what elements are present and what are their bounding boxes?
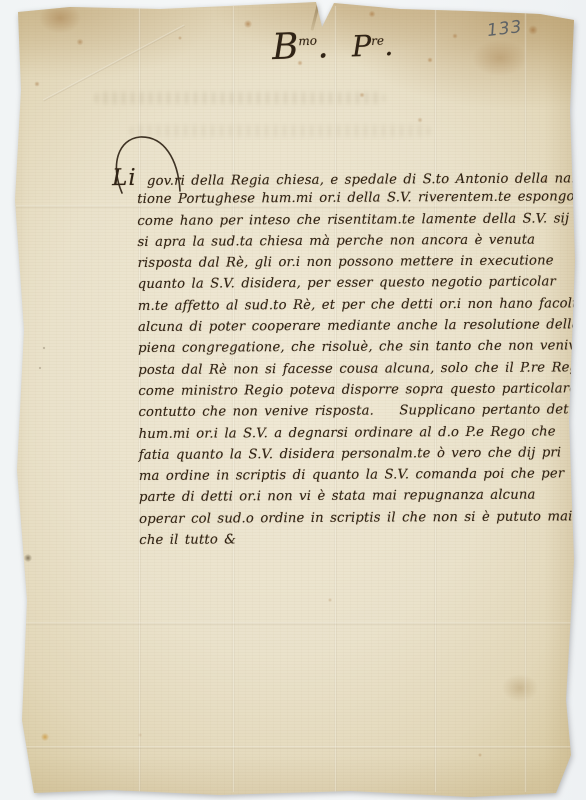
manuscript-line: ma ordine in scriptis di quanto la S.V. …: [139, 463, 586, 487]
corner-crease: [43, 25, 185, 102]
manuscript-line: che il tutto &: [139, 527, 586, 551]
fold-crease-horizontal: [16, 746, 574, 749]
manuscript-page-wrapper: Bmo. Pre. 133 Li gov.ri della Regia chie…: [0, 0, 586, 800]
manuscript-line: Li gov.ri della Regia chiesa, e spedale …: [137, 165, 586, 189]
manuscript-line: piena congregatione, che risoluè, che si…: [138, 335, 586, 359]
opening-initial: Li: [112, 165, 147, 191]
manuscript-line: contutto che non venive risposta. Suppli…: [138, 399, 586, 423]
manuscript-line: quanto la S.V. disidera, per esser quest…: [138, 272, 586, 296]
manuscript-line: posta dal Rè non si facesse cousa alcuna…: [138, 357, 586, 381]
manuscript-line: tione Portughese hum.mi or.i della S.V. …: [137, 186, 586, 210]
manuscript-line: risposta dal Rè, gli or.i non possono me…: [138, 250, 586, 274]
salutation-abbrev-b: Bmo.: [271, 25, 329, 68]
manuscript-line: come hano per inteso che risentitam.te l…: [137, 208, 586, 232]
manuscript-line: come ministro Regio poteva disporre sopr…: [138, 378, 586, 402]
manuscript-line: alcuna di poter cooperare mediante anche…: [138, 314, 586, 338]
manuscript-page: Bmo. Pre. 133 Li gov.ri della Regia chie…: [0, 0, 586, 800]
salutation-abbrev-p: Pre.: [351, 28, 394, 63]
fold-crease-horizontal: [16, 622, 574, 625]
manuscript-line: operar col sud.o ordine in scriptis il c…: [139, 506, 586, 530]
manuscript-line: m.te affetto al sud.to Rè, et per che de…: [138, 293, 586, 317]
manuscript-line: si apra la sud.ta chiesa mà perche non a…: [137, 229, 586, 253]
curled-corner: [524, 680, 584, 793]
header-salutation: Bmo. Pre.: [271, 20, 394, 67]
manuscript-line: hum.mi or.i la S.V. a degnarsi ordinare …: [139, 421, 586, 445]
manuscript-line: parte di detti or.i non vi è stata mai r…: [139, 485, 586, 509]
letter-body: Li gov.ri della Regia chiesa, e spedale …: [137, 165, 586, 551]
manuscript-line: fatia quanto la S.V. disidera personalm.…: [139, 442, 586, 466]
ink-bleed-through: [95, 92, 385, 104]
folio-number: 133: [486, 17, 524, 41]
scanner-background: Bmo. Pre. 133 Li gov.ri della Regia chie…: [0, 0, 586, 800]
